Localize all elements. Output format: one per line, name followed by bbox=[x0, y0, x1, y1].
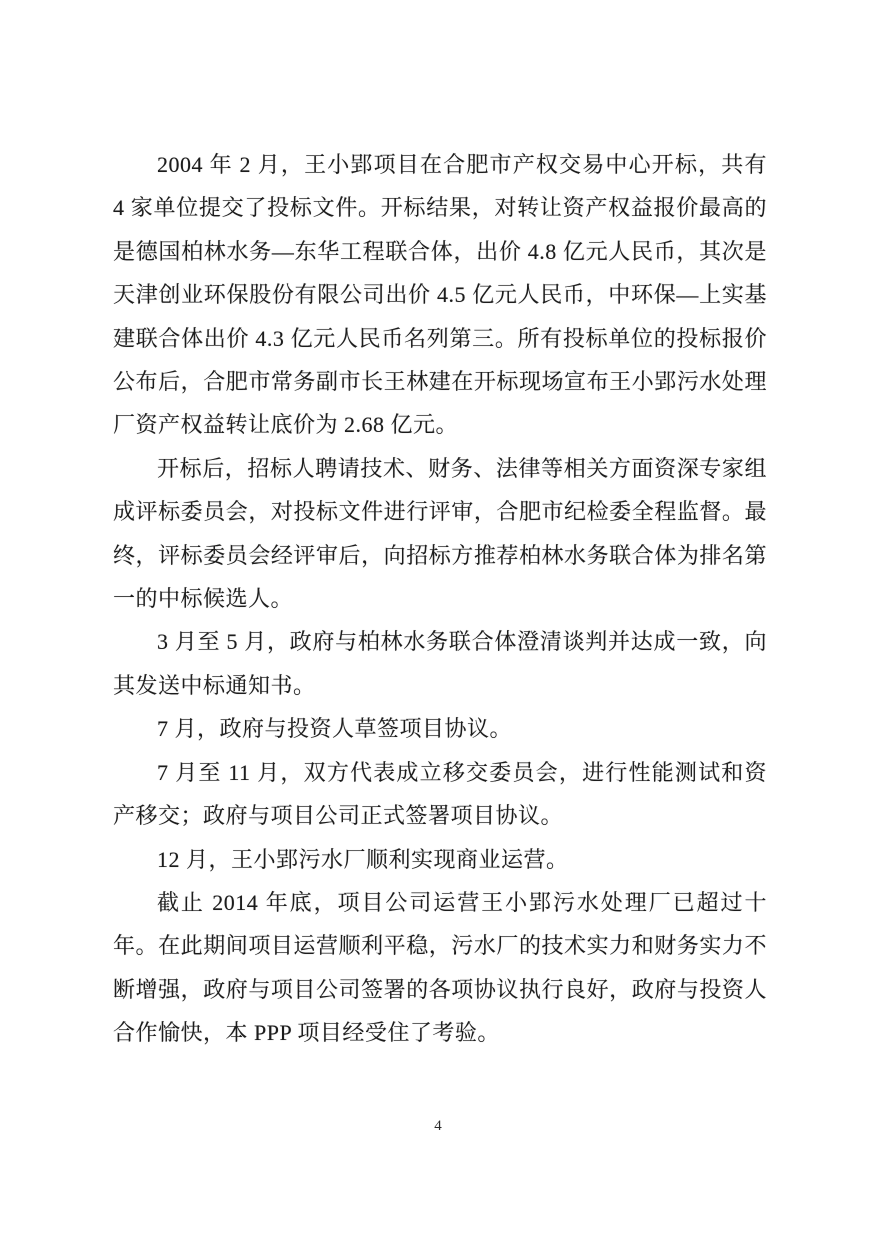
paragraph: 开标后，招标人聘请技术、财务、法律等相关方面资深专家组成评标委员会，对投标文件进… bbox=[113, 447, 767, 621]
paragraph: 7 月至 11 月，双方代表成立移交委员会，进行性能测试和资产移交；政府与项目公… bbox=[113, 751, 767, 838]
paragraph: 截止 2014 年底，项目公司运营王小郢污水处理厂已超过十年。在此期间项目运营顺… bbox=[113, 881, 767, 1055]
paragraph: 2004 年 2 月，王小郢项目在合肥市产权交易中心开标，共有 4 家单位提交了… bbox=[113, 143, 767, 447]
page-number: 4 bbox=[0, 1118, 876, 1135]
paragraph: 7 月，政府与投资人草签项目协议。 bbox=[113, 707, 767, 750]
paragraph: 12 月，王小郢污水厂顺利实现商业运营。 bbox=[113, 838, 767, 881]
paragraph: 3 月至 5 月，政府与柏林水务联合体澄清谈判并达成一致，向其发送中标通知书。 bbox=[113, 620, 767, 707]
document-page: 2004 年 2 月，王小郢项目在合肥市产权交易中心开标，共有 4 家单位提交了… bbox=[0, 0, 876, 1239]
document-body: 2004 年 2 月，王小郢项目在合肥市产权交易中心开标，共有 4 家单位提交了… bbox=[113, 143, 767, 1055]
